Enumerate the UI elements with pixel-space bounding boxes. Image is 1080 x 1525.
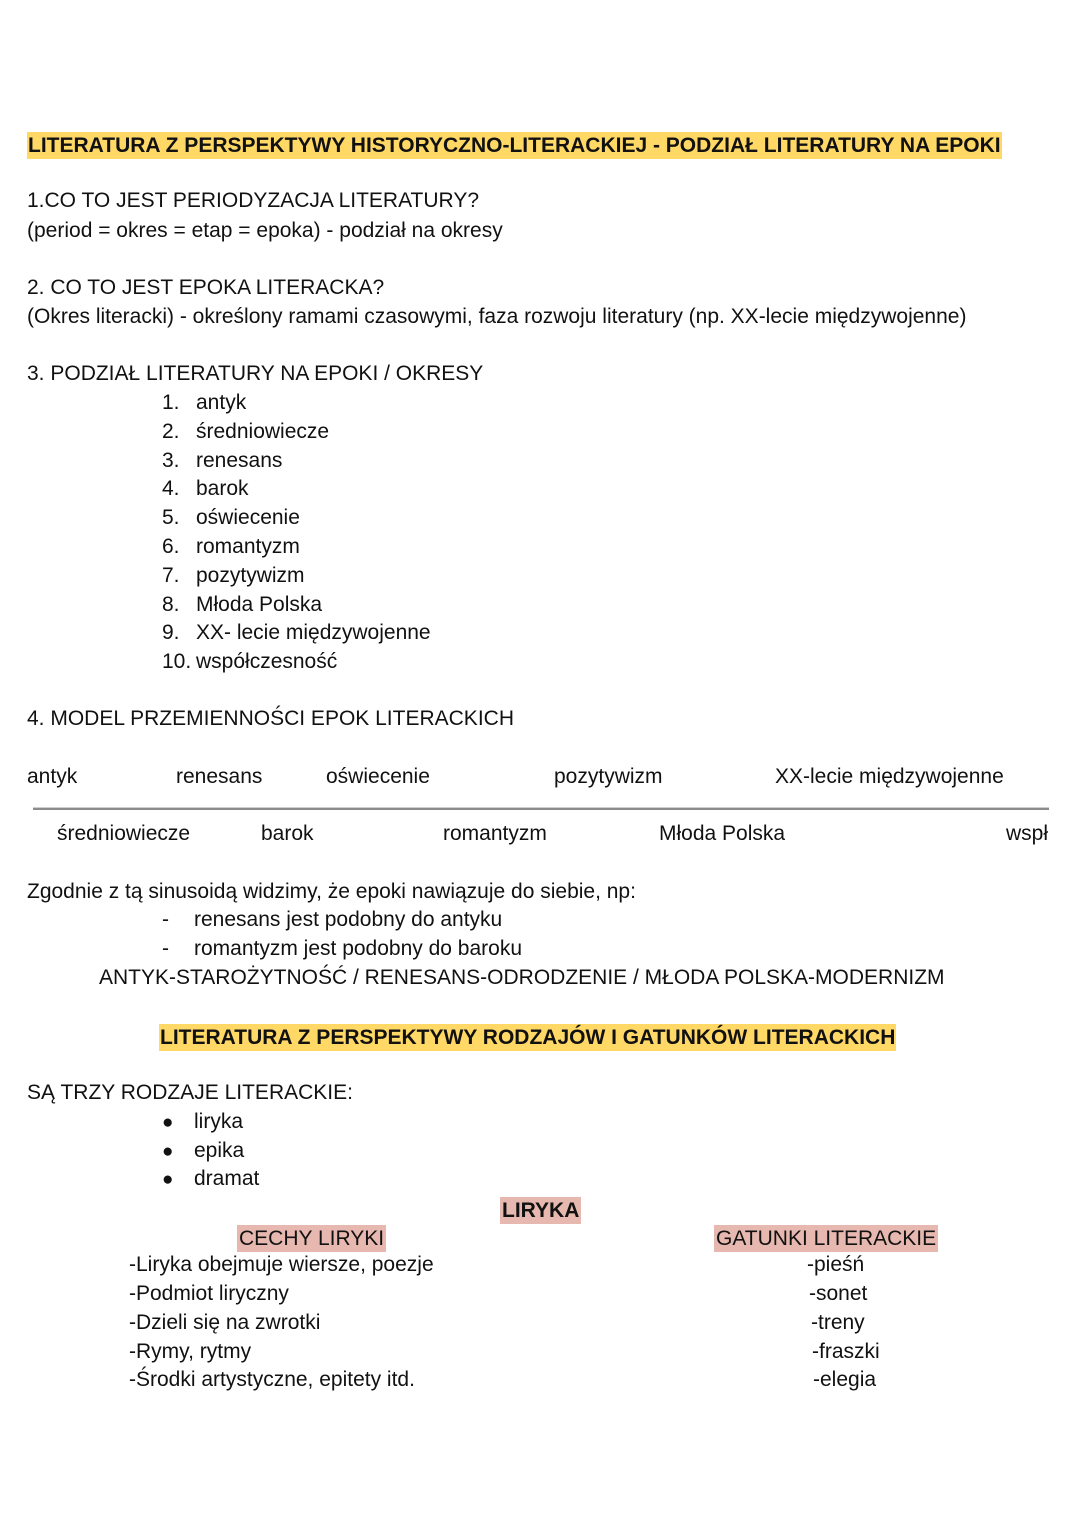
list-item: 8.Młoda Polska xyxy=(162,594,322,615)
section-heading-genres: LITERATURA Z PERSPEKTYWY RODZAJÓW I GATU… xyxy=(159,1024,896,1051)
list-item: 10.współczesność xyxy=(162,651,337,672)
lower-epoch: średniowiecze xyxy=(57,823,190,844)
list-label: Młoda Polska xyxy=(196,593,322,616)
list-number: 5. xyxy=(162,507,196,528)
genre-item: -treny xyxy=(811,1312,865,1333)
lower-epoch: barok xyxy=(261,823,314,844)
genre-item: -fraszki xyxy=(812,1341,880,1362)
upper-epoch: renesans xyxy=(176,766,262,787)
genre-item: -sonet xyxy=(809,1283,867,1304)
list-item: 9.XX- lecie międzywojenne xyxy=(162,622,431,643)
list-number: 4. xyxy=(162,478,196,499)
list-item: 3.renesans xyxy=(162,450,282,471)
lower-epoch: Młoda Polska xyxy=(659,823,785,844)
list-item: 4.barok xyxy=(162,478,249,499)
list-label: antyk xyxy=(196,391,246,414)
lyric-title: LIRYKA xyxy=(500,1197,581,1224)
dash-marker: - xyxy=(162,909,194,930)
example-item: -renesans jest podobny do antyku xyxy=(162,909,502,930)
list-label: renesans xyxy=(196,449,282,472)
bullet-icon: ● xyxy=(162,1142,194,1161)
list-label: dramat xyxy=(194,1167,259,1190)
list-number: 10. xyxy=(162,651,196,672)
list-item: ●epika xyxy=(162,1140,244,1161)
list-item: 2.średniowiecze xyxy=(162,421,329,442)
genres-title: GATUNKI LITERACKIE xyxy=(714,1225,938,1252)
question-3-title: 3. PODZIAŁ LITERATURY NA EPOKI / OKRESY xyxy=(27,363,483,384)
section-heading-historical: LITERATURA Z PERSPEKTYWY HISTORYCZNO-LIT… xyxy=(27,132,1002,159)
list-label: średniowiecze xyxy=(196,420,329,443)
feature-item: -Liryka obejmuje wiersze, poezje xyxy=(129,1254,434,1275)
list-label: współczesność xyxy=(196,650,337,673)
upper-epoch: pozytywizm xyxy=(554,766,663,787)
example-text: renesans jest podobny do antyku xyxy=(194,908,502,931)
list-label: romantyzm xyxy=(196,535,300,558)
lower-epoch: romantyzm xyxy=(443,823,547,844)
feature-item: -Podmiot liryczny xyxy=(129,1283,289,1304)
list-label: epika xyxy=(194,1139,244,1162)
list-label: liryka xyxy=(194,1110,243,1133)
genre-item: -pieśń xyxy=(807,1254,864,1275)
epoch-aliases: ANTYK-STAROŻYTNOŚĆ / RENESANS-ODRODZENIE… xyxy=(99,967,945,988)
list-item: 6.romantyzm xyxy=(162,536,300,557)
bullet-icon: ● xyxy=(162,1170,194,1189)
list-label: oświecenie xyxy=(196,506,300,529)
example-text: romantyzm jest podobny do baroku xyxy=(194,937,522,960)
question-2-title: 2. CO TO JEST EPOKA LITERACKA? xyxy=(27,277,384,298)
example-item: -romantyzm jest podobny do baroku xyxy=(162,938,522,959)
list-label: XX- lecie międzywojenne xyxy=(196,621,431,644)
lower-epoch: wspł xyxy=(1006,823,1048,844)
list-number: 6. xyxy=(162,536,196,557)
list-label: barok xyxy=(196,477,249,500)
timeline-divider xyxy=(33,807,1049,810)
upper-epoch: XX-lecie międzywojenne xyxy=(775,766,1004,787)
feature-item: -Rymy, rytmy xyxy=(129,1341,251,1362)
question-1-text: (period = okres = etap = epoka) - podzia… xyxy=(27,220,503,241)
list-number: 1. xyxy=(162,392,196,413)
model-summary: Zgodnie z tą sinusoidą widzimy, że epoki… xyxy=(27,881,636,902)
feature-item: -Dzieli się na zwrotki xyxy=(129,1312,320,1333)
list-item: 7.pozytywizm xyxy=(162,565,305,586)
list-number: 2. xyxy=(162,421,196,442)
question-4-title: 4. MODEL PRZEMIENNOŚCI EPOK LITERACKICH xyxy=(27,708,514,729)
kinds-intro: SĄ TRZY RODZAJE LITERACKIE: xyxy=(27,1082,353,1103)
features-title: CECHY LIRYKI xyxy=(237,1225,386,1252)
list-label: pozytywizm xyxy=(196,564,305,587)
question-1-title: 1.CO TO JEST PERIODYZACJA LITERATURY? xyxy=(27,190,479,211)
upper-epoch: oświecenie xyxy=(326,766,430,787)
list-number: 3. xyxy=(162,450,196,471)
list-number: 8. xyxy=(162,594,196,615)
bullet-icon: ● xyxy=(162,1113,194,1132)
question-2-text: (Okres literacki) - określony ramami cza… xyxy=(27,306,966,327)
genre-item: -elegia xyxy=(813,1369,876,1390)
list-number: 9. xyxy=(162,622,196,643)
list-item: ●liryka xyxy=(162,1111,243,1132)
feature-item: -Środki artystyczne, epitety itd. xyxy=(129,1369,415,1390)
list-item: 1.antyk xyxy=(162,392,246,413)
list-number: 7. xyxy=(162,565,196,586)
dash-marker: - xyxy=(162,938,194,959)
upper-epoch: antyk xyxy=(27,766,77,787)
list-item: ●dramat xyxy=(162,1168,259,1189)
list-item: 5.oświecenie xyxy=(162,507,300,528)
